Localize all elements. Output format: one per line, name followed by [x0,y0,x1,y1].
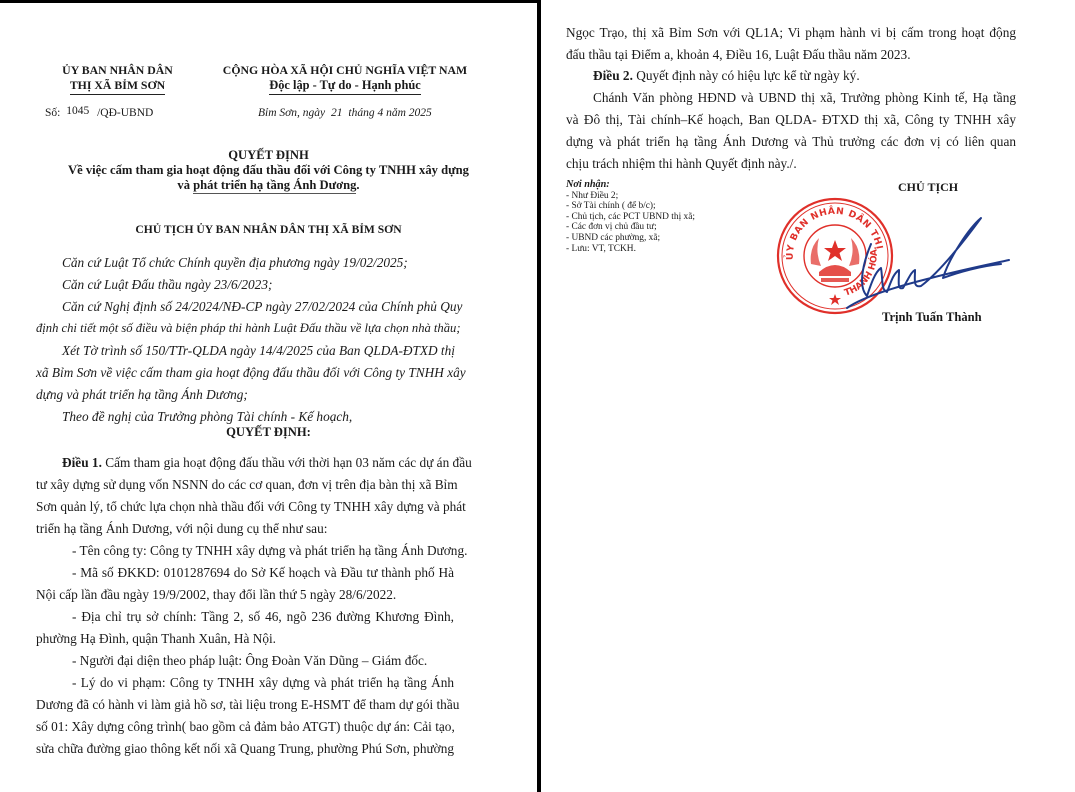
basis-line: Căn cứ Luật Tổ chức Chính quyền địa phươ… [62,255,454,271]
document-date: Bỉm Sơn, ngày 21 tháng 4 năm 2025 [258,107,432,119]
article-1-item: sửa chữa đường giao thông kết nối xã Qua… [36,741,454,757]
enforcement-line: và Đô thị, Tài chính–Kế hoạch, Ban QLDA-… [566,112,1016,128]
recipient-item: - Chủ tịch, các PCT UBND thị xã; [566,212,695,223]
handwritten-signature-icon [841,208,1011,318]
decision-heading: QUYẾT ĐỊNH [0,148,537,163]
enforcement-line: dựng và phát triển hạ tầng Ánh Dương và … [566,134,1016,150]
basis-line: xã Bỉm Sơn về việc cấm tham gia hoạt độn… [36,365,454,381]
article-1-item: Nội cấp lần đầu ngày 19/9/2002, thay đổi… [36,587,454,603]
date-day: 21 [331,107,343,119]
recipient-item: - Sở Tài chính ( để b/c); [566,201,695,212]
article-1-item: - Lý do vi phạm: Công ty TNHH xây dựng v… [72,675,454,691]
enforcement-line: chịu trách nhiệm thi hành Quyết định này… [566,156,1016,172]
article-1-item: đấu thầu tại Điểm a, khoản 4, Điều 16, L… [566,47,1016,63]
nation-motto: Độc lập - Tự do - Hạnh phúc [269,78,420,95]
article-1-line: triển hạ tầng Ánh Dương, với nội dung cụ… [36,521,454,537]
nation-name: CỘNG HÒA XÃ HỘI CHỦ NGHĨA VIỆT NAM [205,63,485,78]
issuer-line1: ỦY BAN NHÂN DÂN [30,63,205,78]
article-1-line: tư xây dựng sử dụng vốn NSNN do các cơ q… [36,477,454,493]
article-1-item: - Mã số ĐKKD: 0101287694 do Sở Kế hoạch … [72,565,454,581]
signer-name: Trịnh Tuấn Thành [882,310,982,325]
signer-title: CHỦ TỊCH [898,180,958,195]
article-1-item: Ngọc Trạo, thị xã Bỉm Sơn với QL1A; Vi p… [566,25,1016,41]
basis-line: Căn cứ Luật Đấu thầu ngày 23/6/2023; [62,277,454,293]
recipient-item: - Các đơn vị chủ đầu tư; [566,222,695,233]
article-1-item: phường Hạ Đình, quận Thanh Xuân, Hà Nội. [36,631,454,647]
article-1-line: Điều 1. Cấm tham gia hoạt động đấu thầu … [62,455,454,471]
document-page-2: Ngọc Trạo, thị xã Bỉm Sơn với QL1A; Vi p… [541,0,1075,792]
national-motto-block: CỘNG HÒA XÃ HỘI CHỦ NGHĨA VIỆT NAM Độc l… [205,63,485,95]
article-2: Điều 2. Quyết định này có hiệu lực kể từ… [593,68,1016,84]
recipient-item: - Như Điều 2; [566,191,695,202]
issuer-line2: THỊ XÃ BỈM SƠN [70,78,165,95]
basis-line: Căn cứ Nghị định số 24/2024/NĐ-CP ngày 2… [62,299,454,315]
basis-line: định chi tiết một số điều và biện pháp t… [36,321,454,336]
decision-title: QUYẾT ĐỊNH Về việc cấm tham gia hoạt độn… [0,148,537,193]
enforcement-line: Chánh Văn phòng HĐND và UBND thị xã, Trư… [593,90,1016,106]
article-1-item: số 01: Xây dựng công trình( bao gồm cả đ… [36,719,454,735]
recipient-item: - Lưu: VT, TCKH. [566,244,695,255]
decision-subject-line2: và phát triển hạ tầng Ánh Dương. [0,178,537,193]
article-1-item: - Tên công ty: Công ty TNHH xây dựng và … [72,543,454,559]
article-1-line: Sơn quản lý, tổ chức lựa chọn nhà thầu đ… [36,499,454,515]
issuing-authority: CHỦ TỊCH ỦY BAN NHÂN DÂN THỊ XÃ BỈM SƠN [0,223,537,236]
recipients-title: Nơi nhận: [566,180,695,191]
basis-line: dựng và phát triển hạ tầng Ánh Dương; [36,387,454,403]
issuer-block: ỦY BAN NHÂN DÂN THỊ XÃ BỈM SƠN [30,63,205,95]
basis-line: Xét Tờ trình số 150/TTr-QLDA ngày 14/4/2… [62,343,454,359]
document-number: Số: 1045 /QĐ-UBND [45,107,153,119]
decision-subheading: QUYẾT ĐỊNH: [0,425,537,440]
basis-line: Theo đề nghị của Trưởng phòng Tài chính … [62,409,454,425]
article-1-item: Dương đã có hành vi làm giả hồ sơ, tài l… [36,697,454,713]
recipient-item: - UBND các phường, xã; [566,233,695,244]
decision-subject-line1: Về việc cấm tham gia hoạt động đấu thầu … [0,163,537,178]
article-1-item: - Người đại diện theo pháp luật: Ông Đoà… [72,653,454,669]
number-value: 1045 [66,105,89,117]
article-1-item: - Địa chỉ trụ sở chính: Tầng 2, số 46, n… [72,609,454,625]
document-page-1: ỦY BAN NHÂN DÂN THỊ XÃ BỈM SƠN CỘNG HÒA … [0,3,537,792]
recipients-list: Nơi nhận: - Như Điều 2; - Sở Tài chính (… [566,180,695,254]
